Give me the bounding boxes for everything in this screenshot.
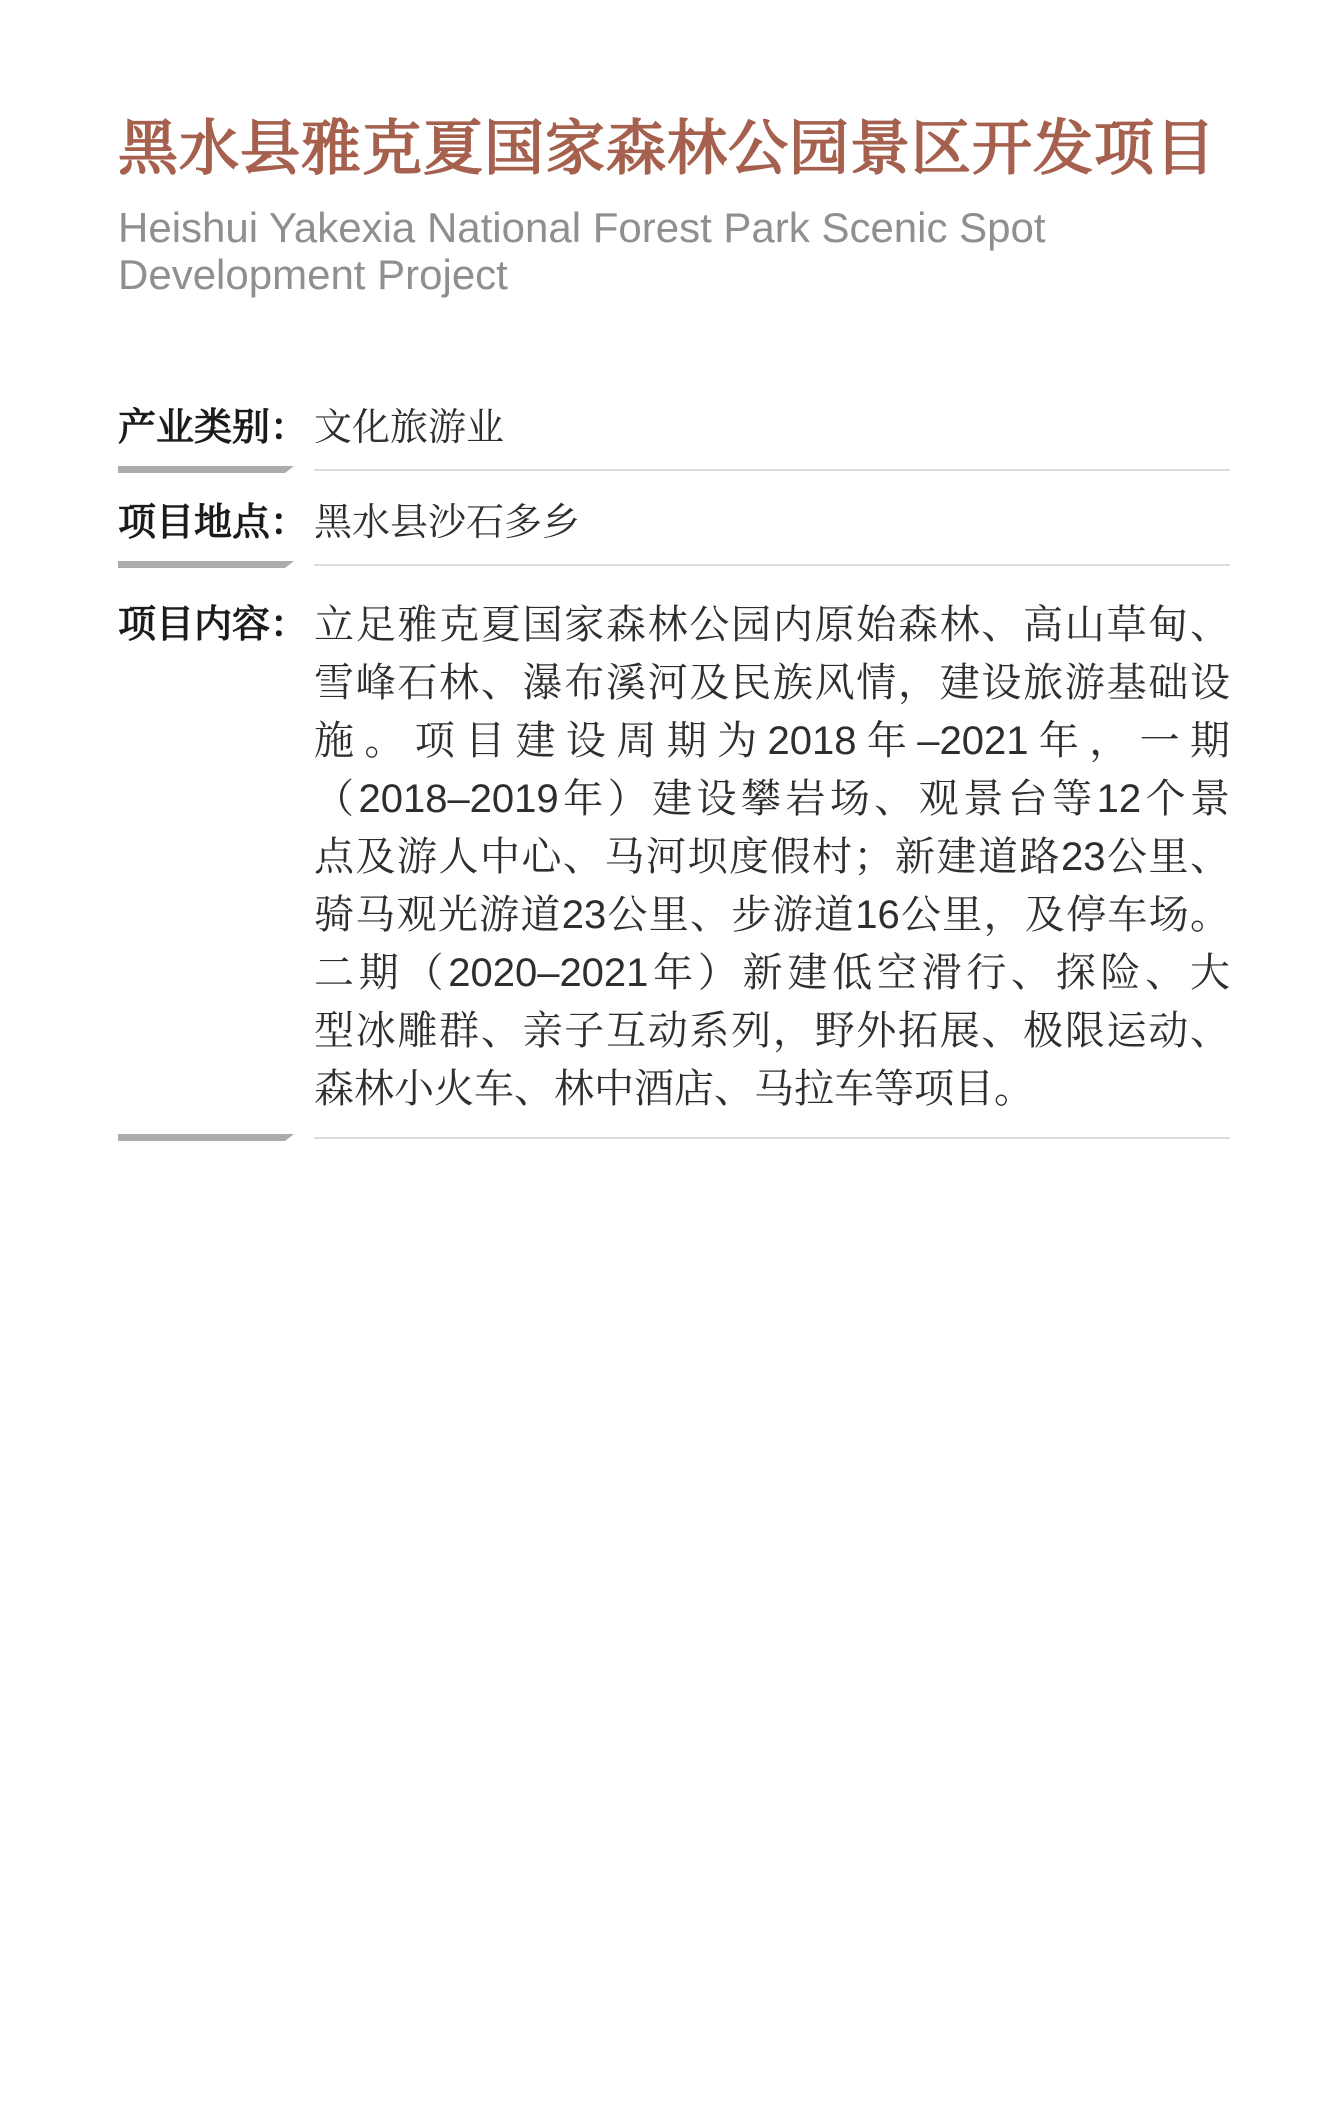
field-project-content: 项目内容： 立足雅克夏国家森林公园内原始森林、高山草甸、雪峰石林、瀑布溪河及民族… <box>118 596 1230 1118</box>
divider-line <box>314 469 1230 471</box>
page-subtitle-en: Heishui Yakexia National Forest Park Sce… <box>118 204 1230 298</box>
divider-line <box>314 564 1230 566</box>
content-line: 点及游人中心、马河坝度假村；新建道路23公里、 <box>314 828 1230 886</box>
content-line: 型冰雕群、亲子互动系列，野外拓展、极限运动、 <box>314 1002 1230 1060</box>
content-line: 施。项目建设周期为2018年–2021年，一期 <box>314 712 1230 770</box>
divider-bar <box>118 1134 294 1141</box>
content-line: 立足雅克夏国家森林公园内原始森林、高山草甸、 <box>314 596 1230 654</box>
field-industry-category: 产业类别： 文化旅游业 <box>118 406 1230 450</box>
content-line: （2018–2019年）建设攀岩场、观景台等12个景 <box>314 770 1230 828</box>
section-divider <box>118 561 1230 568</box>
divider-bar <box>118 466 294 473</box>
divider-line <box>314 1137 1230 1139</box>
section-divider <box>118 466 1230 473</box>
project-document-page: 黑水县雅克夏国家森林公园景区开发项目 Heishui Yakexia Natio… <box>118 0 1230 1141</box>
project-fields: 产业类别： 文化旅游业 项目地点： 黑水县沙石多乡 项目内容： 立足雅克夏国家森… <box>118 406 1230 1141</box>
field-value: 文化旅游业 <box>314 406 1230 450</box>
divider-bar <box>118 561 294 568</box>
divider-gap <box>294 564 314 566</box>
divider-gap <box>294 1137 314 1139</box>
project-content-paragraph: 立足雅克夏国家森林公园内原始森林、高山草甸、雪峰石林、瀑布溪河及民族风情，建设旅… <box>314 596 1230 1118</box>
field-value: 黑水县沙石多乡 <box>314 501 1230 545</box>
subtitle-line-1: Heishui Yakexia National Forest Park Sce… <box>118 204 1230 251</box>
field-label: 项目地点： <box>118 501 314 545</box>
field-label: 项目内容： <box>118 596 314 654</box>
content-line: 森林小火车、林中酒店、马拉车等项目。 <box>314 1060 1230 1118</box>
field-project-location: 项目地点： 黑水县沙石多乡 <box>118 501 1230 545</box>
divider-gap <box>294 469 314 471</box>
section-divider <box>118 1134 1230 1141</box>
subtitle-line-2: Development Project <box>118 251 1230 298</box>
content-line: 骑马观光游道23公里、步游道16公里，及停车场。 <box>314 886 1230 944</box>
field-label: 产业类别： <box>118 406 314 450</box>
content-line: 二期（2020–2021年）新建低空滑行、探险、大 <box>314 944 1230 1002</box>
page-title: 黑水县雅克夏国家森林公园景区开发项目 <box>118 118 1230 180</box>
content-line: 雪峰石林、瀑布溪河及民族风情，建设旅游基础设 <box>314 654 1230 712</box>
